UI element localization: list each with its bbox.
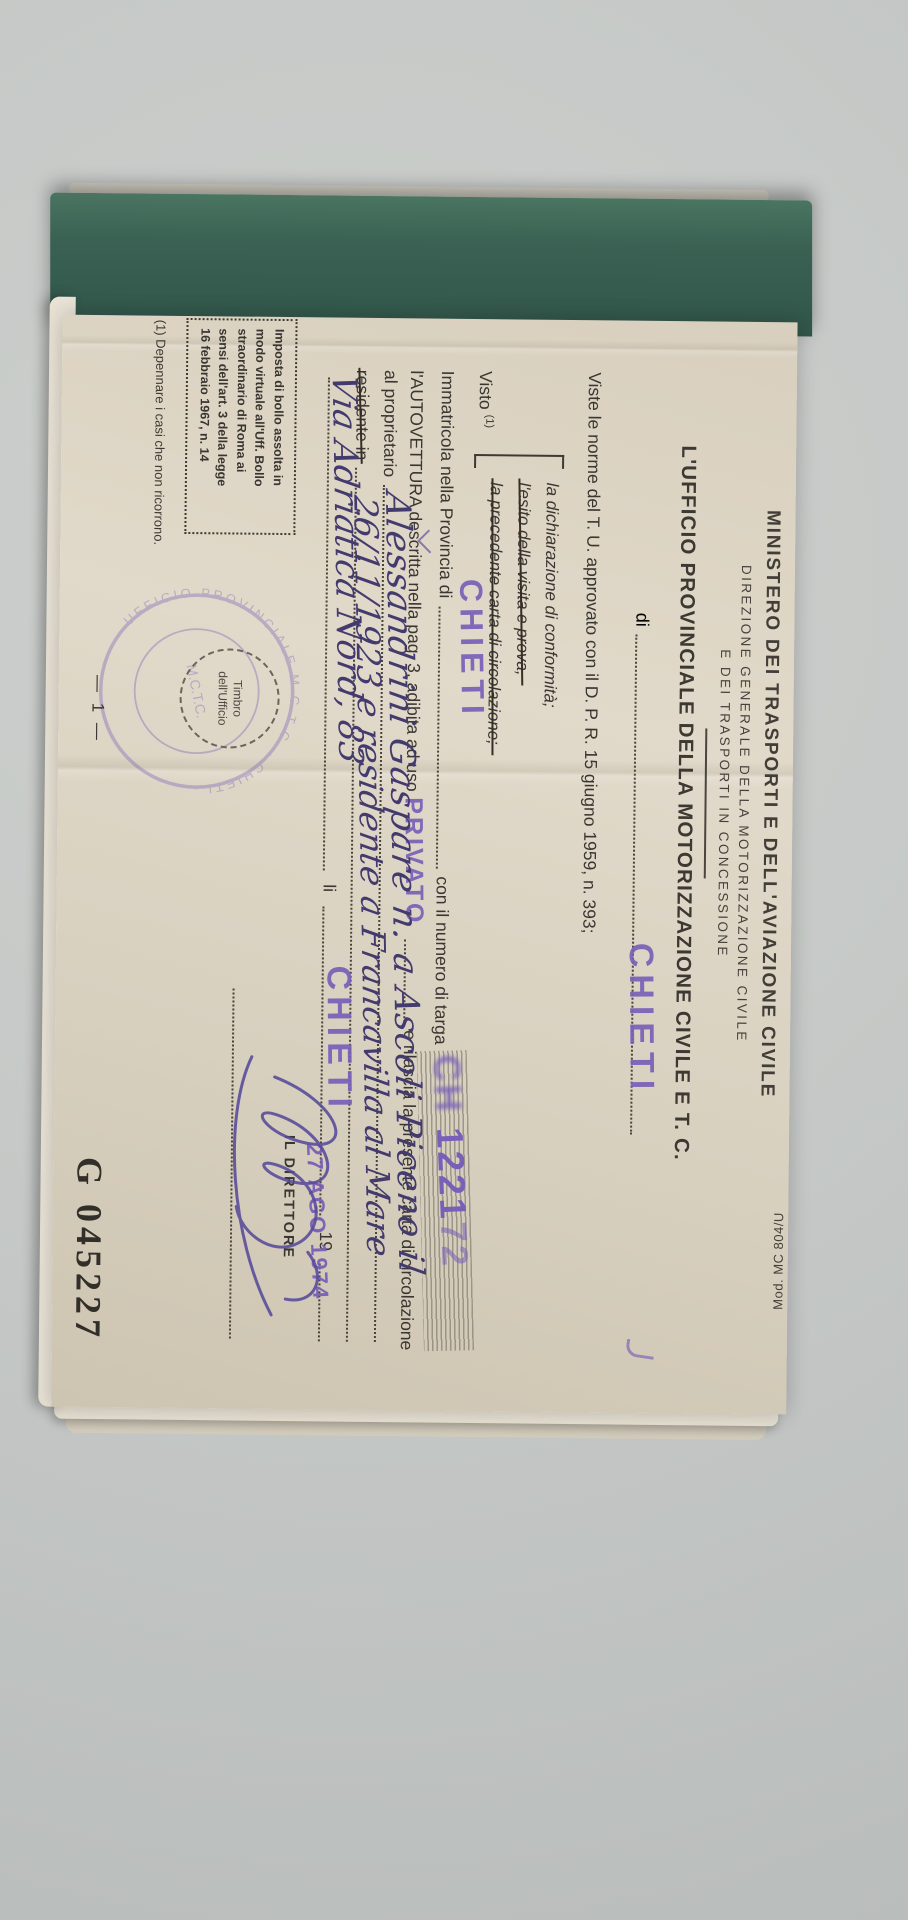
director-signature bbox=[217, 1046, 370, 1348]
option-conformity: la dichiarazione di conformità; bbox=[536, 483, 566, 708]
revenue-line: 16 febbraio 1967, n. 14 bbox=[194, 328, 215, 524]
footnote-reference: (1) bbox=[483, 415, 495, 429]
paper-crease bbox=[62, 335, 797, 359]
option-inspection-struck: l'esito della visita e prova, bbox=[508, 482, 538, 675]
photo-background: Mod. MC 804/U MINISTERO DEI TRASPORTI E … bbox=[0, 0, 908, 1920]
plate-number-stamp: CH 122172 bbox=[425, 1054, 476, 1270]
premise-line: Viste le norme del T. U. approvato con i… bbox=[574, 372, 605, 1352]
header-divider bbox=[704, 728, 708, 878]
stray-pen-mark bbox=[625, 1339, 656, 1360]
ministry-title: MINISTERO DEI TRASPORTI E DELL'AVIAZIONE… bbox=[754, 374, 785, 1234]
li-label: li bbox=[319, 884, 340, 892]
timbro-label-line1: Timbro bbox=[229, 680, 244, 717]
office-city-line: di CHIETI bbox=[626, 613, 653, 1143]
office-stamp-placeholder-circle: Timbro dell'Ufficio bbox=[179, 648, 280, 749]
registration-booklet: Mod. MC 804/U MINISTERO DEI TRASPORTI E … bbox=[51, 197, 799, 1415]
revenue-stamp-box: Imposta di bollo assolta in modo virtual… bbox=[185, 318, 298, 535]
document-header: MINISTERO DEI TRASPORTI E DELL'AVIAZIONE… bbox=[625, 373, 785, 1235]
timbro-label-line2: dell'Ufficio bbox=[214, 671, 230, 725]
visto-options: la dichiarazione di conformità; l'esito … bbox=[479, 482, 566, 746]
visto-block: Visto (1) la dichiarazione di conformità… bbox=[465, 371, 567, 1352]
city-stamp-header: CHIETI bbox=[621, 943, 661, 1097]
registers-middle: con il numero di targa bbox=[430, 876, 453, 1045]
page-number: — 1 — bbox=[87, 675, 108, 743]
ministry-directorate: DIREZIONE GENERALE DELLA MOTORIZZAZIONE … bbox=[732, 374, 756, 1234]
revenue-line: Imposta di bollo assolta in bbox=[268, 329, 289, 525]
of-label: di bbox=[631, 613, 652, 627]
city-stamp-province: CHIETI bbox=[452, 579, 491, 720]
dotted-line bbox=[436, 606, 441, 868]
revenue-line: straordinario di Roma ai bbox=[231, 328, 252, 524]
registers-prefix: Immatricola nella Provincia di bbox=[435, 371, 458, 599]
revenue-line: sensi dell'art. 3 della legge bbox=[212, 328, 233, 524]
options-bracket bbox=[474, 454, 564, 469]
footnote-text: (1) Depennare i casi che non ricorrono. bbox=[150, 320, 169, 550]
owner-label: al proprietario bbox=[379, 370, 401, 477]
serial-number: G 045227 bbox=[67, 1157, 111, 1342]
handwritten-address: Via Adriatica Nord, 83 bbox=[324, 372, 371, 768]
document-page: Mod. MC 804/U MINISTERO DEI TRASPORTI E … bbox=[51, 315, 797, 1415]
registration-line: Immatricola nella Provincia di CHIETI co… bbox=[427, 371, 479, 1351]
revenue-line: modo virtuale all'Uff. Bollo bbox=[249, 329, 270, 525]
provincial-office-title: L'UFFICIO PROVINCIALE DELLA MOTORIZZAZIO… bbox=[668, 373, 701, 1233]
